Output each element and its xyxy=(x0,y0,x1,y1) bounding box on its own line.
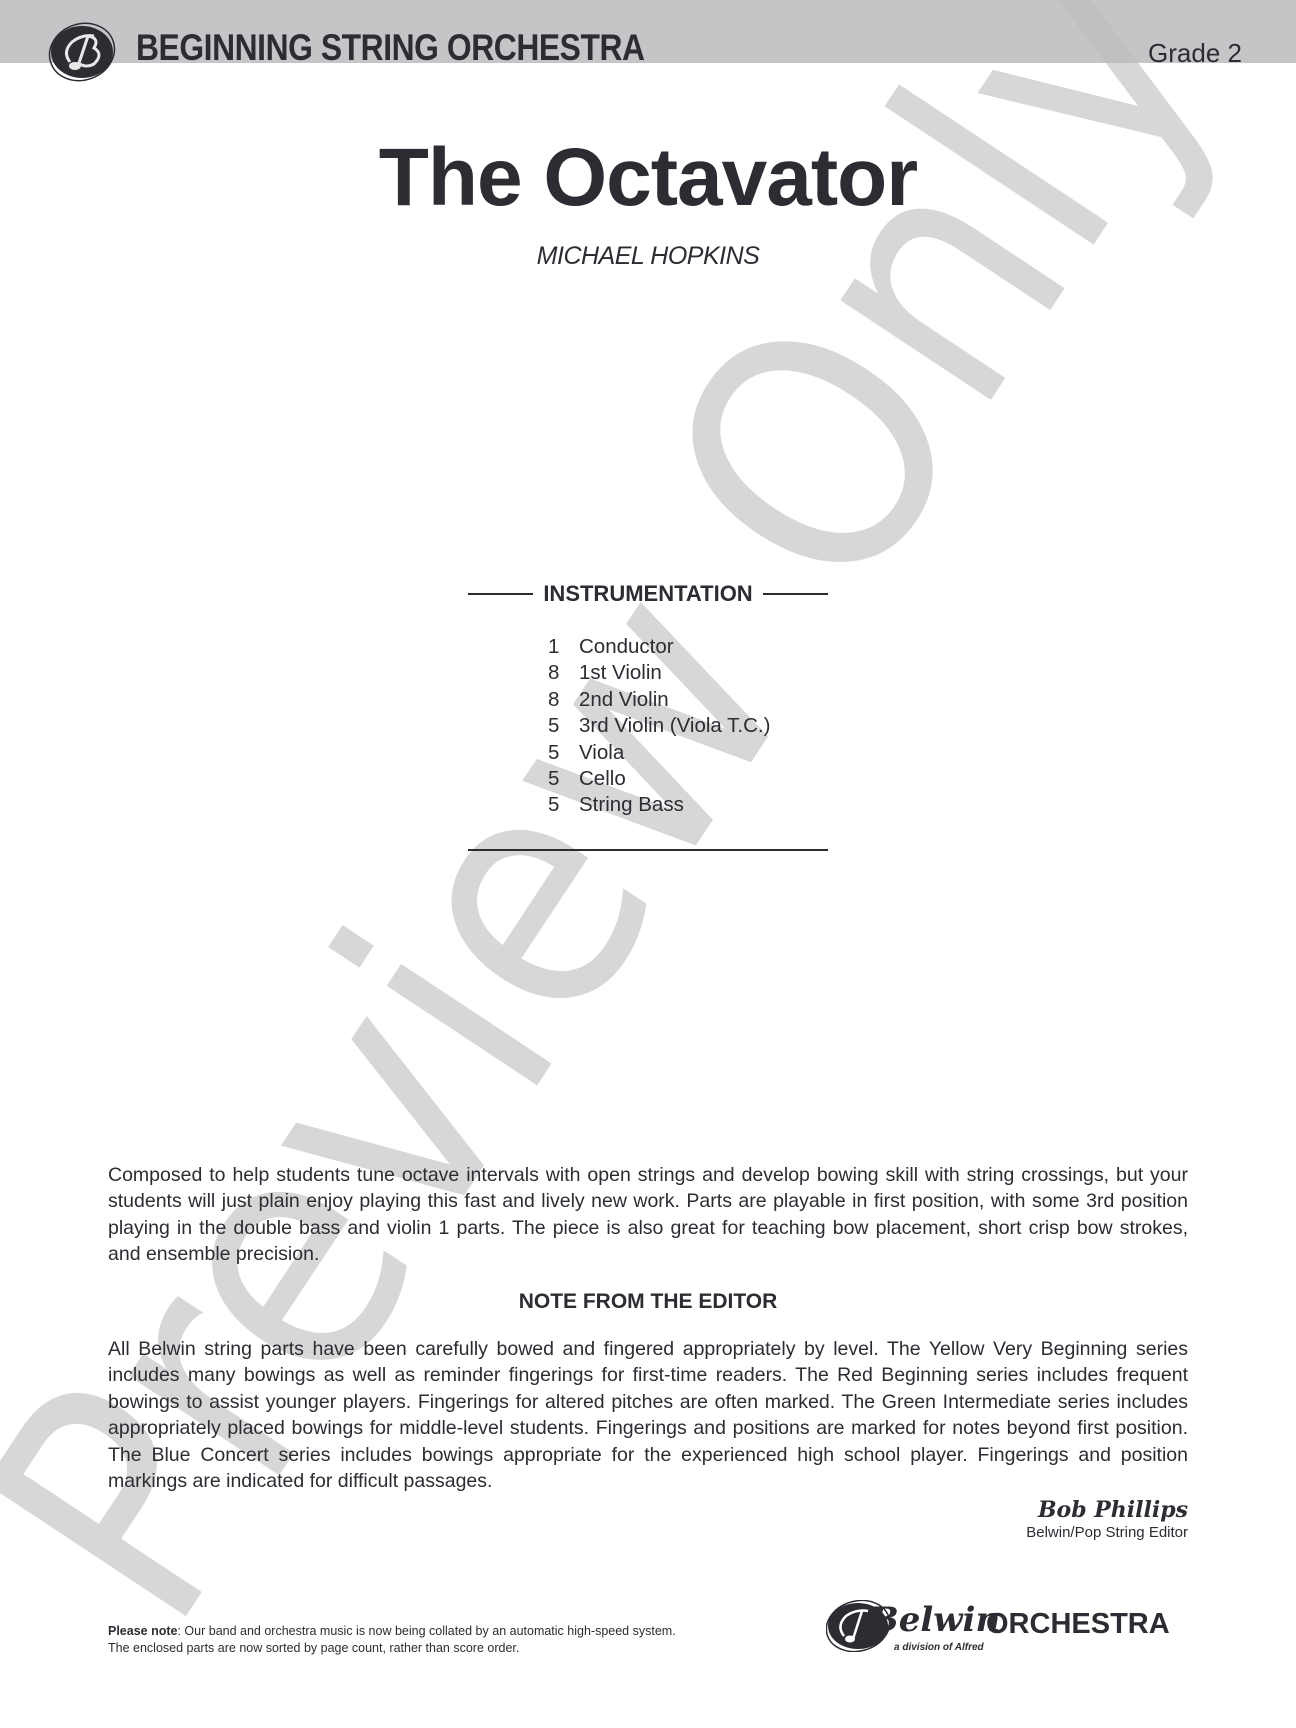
part-quantity: 5 xyxy=(548,740,579,766)
series-logo-icon xyxy=(48,22,118,82)
part-name: 3rd Violin (Viola T.C.) xyxy=(579,714,770,737)
composer-name: MICHAEL HOPKINS xyxy=(0,242,1296,271)
footnote-line2: The enclosed parts are now sorted by pag… xyxy=(108,1641,519,1655)
part-quantity: 8 xyxy=(548,660,579,686)
part-name: String Bass xyxy=(579,793,684,816)
publisher-script: Belwin xyxy=(870,1600,1000,1640)
editor-note-body: All Belwin string parts have been carefu… xyxy=(108,1336,1188,1494)
divider xyxy=(468,593,533,595)
piece-title: The Octavator xyxy=(0,130,1296,226)
footnote-label: Please note xyxy=(108,1624,177,1638)
editor-role: Belwin/Pop String Editor xyxy=(1026,1524,1188,1541)
collation-footnote: Please note: Our band and orchestra musi… xyxy=(108,1623,676,1657)
instrumentation-item: 82nd Violin xyxy=(548,687,770,713)
editor-signature: Bob Phillips xyxy=(1038,1497,1188,1523)
part-name: Viola xyxy=(579,741,624,764)
part-name: 1st Violin xyxy=(579,661,662,684)
instrumentation-item: 53rd Violin (Viola T.C.) xyxy=(548,713,770,739)
part-name: Conductor xyxy=(579,635,674,658)
series-title: BEGINNING STRING ORCHESTRA xyxy=(136,28,645,68)
instrumentation-list: 1Conductor 81st Violin 82nd Violin 53rd … xyxy=(548,634,770,819)
instrumentation-heading-row: INSTRUMENTATION xyxy=(468,579,828,609)
instrumentation-item: 81st Violin xyxy=(548,660,770,686)
publisher-word: ORCHESTRA xyxy=(986,1608,1170,1641)
footnote-line1: : Our band and orchestra music is now be… xyxy=(177,1624,675,1638)
instrumentation-item: 1Conductor xyxy=(548,634,770,660)
part-name: 2nd Violin xyxy=(579,688,669,711)
part-quantity: 5 xyxy=(548,766,579,792)
editor-note-heading: NOTE FROM THE EDITOR xyxy=(0,1290,1296,1314)
part-quantity: 1 xyxy=(548,634,579,660)
publisher-logo: Belwin ORCHESTRA a division of Alfred xyxy=(826,1598,1198,1658)
part-quantity: 5 xyxy=(548,713,579,739)
instrumentation-item: 5Cello xyxy=(548,766,770,792)
part-quantity: 5 xyxy=(548,792,579,818)
instrumentation-heading: INSTRUMENTATION xyxy=(533,581,762,607)
part-quantity: 8 xyxy=(548,687,579,713)
publisher-tagline: a division of Alfred xyxy=(894,1642,984,1653)
divider xyxy=(468,849,828,851)
part-name: Cello xyxy=(579,767,626,790)
instrumentation-item: 5Viola xyxy=(548,740,770,766)
divider xyxy=(763,593,828,595)
grade-label: Grade 2 xyxy=(1148,38,1242,68)
instrumentation-item: 5String Bass xyxy=(548,792,770,818)
piece-description: Composed to help students tune octave in… xyxy=(108,1162,1188,1268)
